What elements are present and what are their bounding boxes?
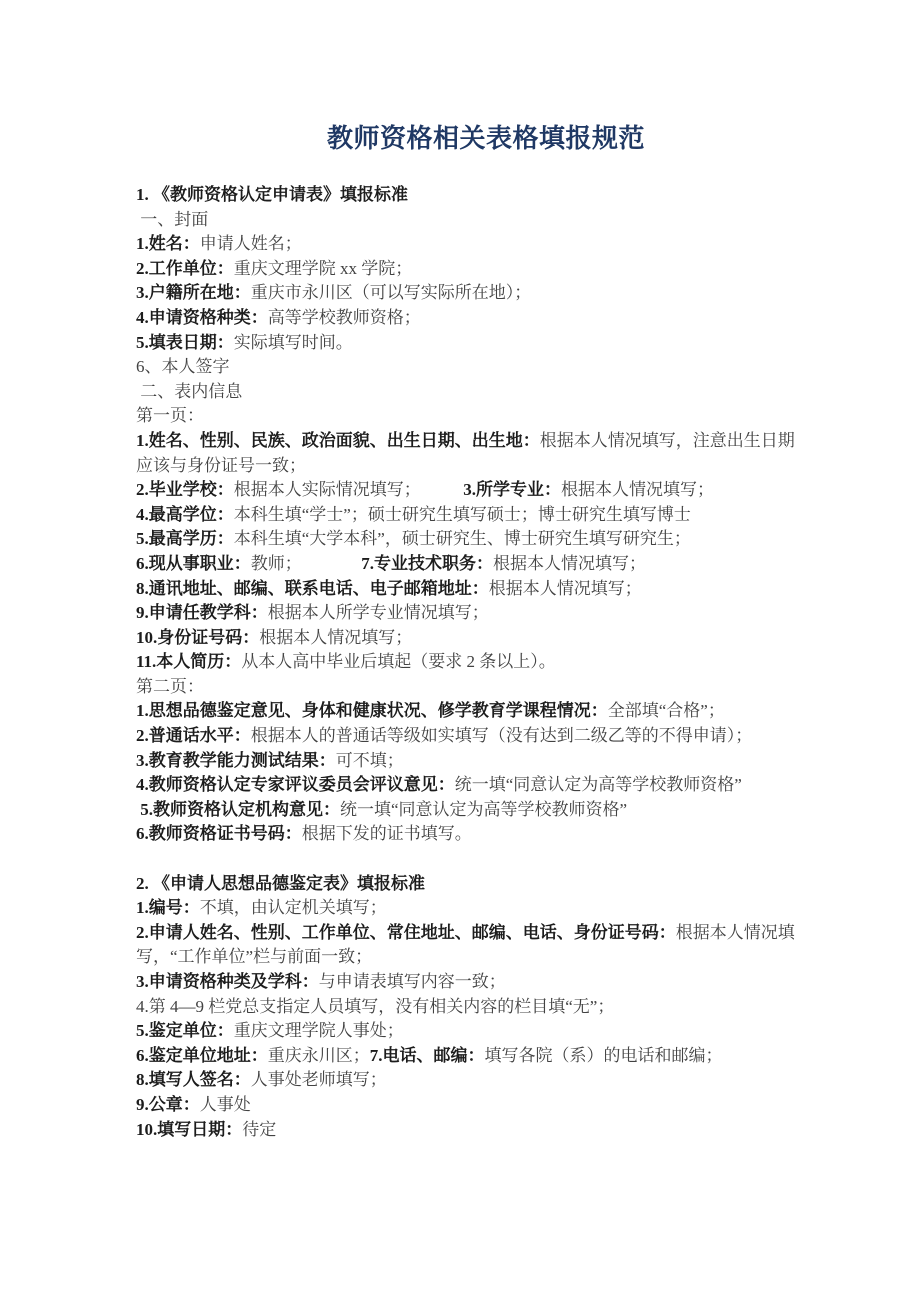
paragraph: 1.姓名：申请人姓名； [136, 232, 836, 257]
label-segment: 4.申请资格种类： [136, 308, 268, 327]
paragraph: 2.普通话水平：根据本人的普通话等级如实填写（没有达到二级乙等的不得申请）； [136, 724, 836, 749]
label-segment: 2.工作单位： [136, 259, 234, 278]
text-segment: 根据本人情况填写； [259, 628, 412, 647]
paragraph: 4.申请资格种类：高等学校教师资格； [136, 306, 836, 331]
label-segment: 5.填表日期： [136, 333, 234, 352]
text-segment: 根据本人实际情况填写； [234, 480, 464, 499]
label-segment: 2.毕业学校： [136, 480, 234, 499]
paragraph: 2.工作单位：重庆文理学院 xx 学院； [136, 257, 836, 282]
text-segment: 填写各院（系）的电话和邮编； [485, 1046, 723, 1065]
label-segment: 2. 《申请人思想品德鉴定表》填报标准 [136, 874, 425, 893]
text-segment: 教师； [251, 554, 362, 573]
text-segment: 根据本人所学专业情况填写； [268, 603, 489, 622]
paragraph: 第一页： [136, 404, 836, 429]
paragraph: 2.申请人姓名、性别、工作单位、常住地址、邮编、电话、身份证号码：根据本人情况填… [136, 921, 836, 970]
text-segment: 不填，由认定机关填写； [200, 898, 387, 917]
paragraph: 11.本人简历：从本人高中毕业后填起（要求 2 条以上）。 [136, 650, 836, 675]
label-segment: 3.申请资格种类及学科： [136, 972, 319, 991]
paragraph: 3.教育教学能力测试结果：可不填； [136, 749, 836, 774]
label-segment: 4.教师资格认定专家评议委员会评议意见： [136, 775, 455, 794]
text-segment: 重庆文理学院人事处； [234, 1021, 404, 1040]
label-segment: 3.所学专业： [463, 480, 561, 499]
text-segment: 全部填“合格”； [608, 701, 725, 720]
paragraph: 1.姓名、性别、民族、政治面貌、出生日期、出生地：根据本人情况填写，注意出生日期… [136, 429, 836, 478]
label-segment: 6.现从事职业： [136, 554, 251, 573]
text-segment: 重庆市永川区（可以写实际所在地）； [251, 283, 532, 302]
label-segment: 1.姓名、性别、民族、政治面貌、出生日期、出生地： [136, 431, 540, 450]
paragraph: 8.填写人签名：人事处老师填写； [136, 1068, 836, 1093]
paragraph: 9.申请任教学科：根据本人所学专业情况填写； [136, 601, 836, 626]
paragraph: 10.身份证号码：根据本人情况填写； [136, 626, 836, 651]
paragraph: 9.公章：人事处 [136, 1093, 836, 1118]
text-segment: 第二页： [136, 677, 204, 696]
paragraph: 4.最高学位：本科生填“学士”；硕士研究生填写硕士；博士研究生填写博士 [136, 503, 836, 528]
label-segment: 1.姓名： [136, 234, 200, 253]
label-segment: 8.通讯地址、邮编、联系电话、电子邮箱地址： [136, 579, 489, 598]
text-segment: 统一填“同意认定为高等学校教师资格” [340, 800, 627, 819]
label-segment: 9.公章： [136, 1095, 200, 1114]
text-segment: 根据本人情况填写； [493, 554, 646, 573]
text-segment: 一、封面 [136, 210, 208, 229]
label-segment: 5.教师资格认定机构意见： [136, 800, 340, 819]
paragraph: 6.鉴定单位地址：重庆永川区；7.电话、邮编：填写各院（系）的电话和邮编； [136, 1044, 836, 1069]
paragraph: 第二页： [136, 675, 836, 700]
text-segment: 二、表内信息 [136, 382, 242, 401]
label-segment: 8.填写人签名： [136, 1070, 251, 1089]
label-segment: 3.户籍所在地： [136, 283, 251, 302]
text-segment: 实际填写时间。 [234, 333, 353, 352]
text-segment: 可不填； [336, 751, 404, 770]
text-segment: 统一填“同意认定为高等学校教师资格” [455, 775, 742, 794]
label-segment: 5.最高学历： [136, 529, 234, 548]
text-segment: 从本人高中毕业后填起（要求 2 条以上）。 [241, 652, 556, 671]
paragraph: 1.思想品德鉴定意见、身体和健康状况、修学教育学课程情况：全部填“合格”； [136, 699, 836, 724]
section-1-heading: 1. 《教师资格认定申请表》填报标准 [136, 183, 836, 208]
paragraph: 5.最高学历：本科生填“大学本科”，硕士研究生、博士研究生填写研究生； [136, 527, 836, 552]
document-page: 教师资格相关表格填报规范 1. 《教师资格认定申请表》填报标准 一、封面1.姓名… [0, 0, 920, 1302]
label-segment: 6.教师资格证书号码： [136, 824, 302, 843]
paragraph: 5.鉴定单位：重庆文理学院人事处； [136, 1019, 836, 1044]
document-body: 1. 《教师资格认定申请表》填报标准 一、封面1.姓名：申请人姓名；2.工作单位… [136, 183, 836, 1142]
paragraph: 6、本人签字 [136, 355, 836, 380]
label-segment: 9.申请任教学科： [136, 603, 268, 622]
text-segment: 6、本人签字 [136, 357, 230, 376]
label-segment: 4.最高学位： [136, 505, 234, 524]
text-segment: 人事处老师填写； [251, 1070, 387, 1089]
text-segment: 重庆永川区； [268, 1046, 370, 1065]
text-segment: 根据本人情况填写； [561, 480, 714, 499]
paragraph: 5.教师资格认定机构意见：统一填“同意认定为高等学校教师资格” [136, 798, 836, 823]
blank-line [136, 847, 836, 872]
paragraph: 3.户籍所在地：重庆市永川区（可以写实际所在地）； [136, 281, 836, 306]
label-segment: 10.填写日期： [136, 1120, 242, 1139]
label-segment: 2.申请人姓名、性别、工作单位、常住地址、邮编、电话、身份证号码： [136, 923, 676, 942]
section-2-heading: 2. 《申请人思想品德鉴定表》填报标准 [136, 872, 836, 897]
paragraph: 4.第 4—9 栏党总支指定人员填写，没有相关内容的栏目填“无”； [136, 995, 836, 1020]
paragraph: 10.填写日期：待定 [136, 1118, 836, 1143]
text-segment: 根据下发的证书填写。 [302, 824, 472, 843]
paragraph: 5.填表日期：实际填写时间。 [136, 331, 836, 356]
text-segment: 本科生填“学士”；硕士研究生填写硕士；博士研究生填写博士 [234, 505, 691, 524]
text-segment: 待定 [242, 1120, 276, 1139]
label-segment: 7.专业技术职务： [361, 554, 493, 573]
paragraph: 6.现从事职业：教师； 7.专业技术职务：根据本人情况填写； [136, 552, 836, 577]
text-segment: 本科生填“大学本科”，硕士研究生、博士研究生填写研究生； [234, 529, 691, 548]
text-segment: 人事处 [200, 1095, 251, 1114]
label-segment: 1.编号： [136, 898, 200, 917]
label-segment: 5.鉴定单位： [136, 1021, 234, 1040]
paragraph: 2.毕业学校：根据本人实际情况填写； 3.所学专业：根据本人情况填写； [136, 478, 836, 503]
label-segment: 6.鉴定单位地址： [136, 1046, 268, 1065]
text-segment: 第一页： [136, 406, 204, 425]
label-segment: 2.普通话水平： [136, 726, 251, 745]
label-segment: 10.身份证号码： [136, 628, 259, 647]
text-segment: 申请人姓名； [200, 234, 302, 253]
label-segment: 11.本人简历： [136, 652, 241, 671]
label-segment: 1.思想品德鉴定意见、身体和健康状况、修学教育学课程情况： [136, 701, 608, 720]
page-title: 教师资格相关表格填报规范 [136, 121, 836, 157]
text-segment: 重庆文理学院 xx 学院； [234, 259, 413, 278]
label-segment: 7.电话、邮编： [370, 1046, 485, 1065]
paragraph: 4.教师资格认定专家评议委员会评议意见：统一填“同意认定为高等学校教师资格” [136, 773, 836, 798]
paragraph: 3.申请资格种类及学科：与申请表填写内容一致； [136, 970, 836, 995]
paragraph: 二、表内信息 [136, 380, 836, 405]
paragraph: 6.教师资格证书号码：根据下发的证书填写。 [136, 822, 836, 847]
text-segment: 高等学校教师资格； [268, 308, 421, 327]
paragraph: 一、封面 [136, 208, 836, 233]
text-segment: 与申请表填写内容一致； [319, 972, 506, 991]
paragraph: 1.编号：不填，由认定机关填写； [136, 896, 836, 921]
label-segment: 3.教育教学能力测试结果： [136, 751, 336, 770]
text-segment: 根据本人情况填写； [489, 579, 642, 598]
label-segment: 1. 《教师资格认定申请表》填报标准 [136, 185, 408, 204]
paragraph: 8.通讯地址、邮编、联系电话、电子邮箱地址：根据本人情况填写； [136, 577, 836, 602]
text-segment: 4.第 4—9 栏党总支指定人员填写，没有相关内容的栏目填“无”； [136, 997, 614, 1016]
text-segment: 根据本人的普通话等级如实填写（没有达到二级乙等的不得申请）； [251, 726, 753, 745]
